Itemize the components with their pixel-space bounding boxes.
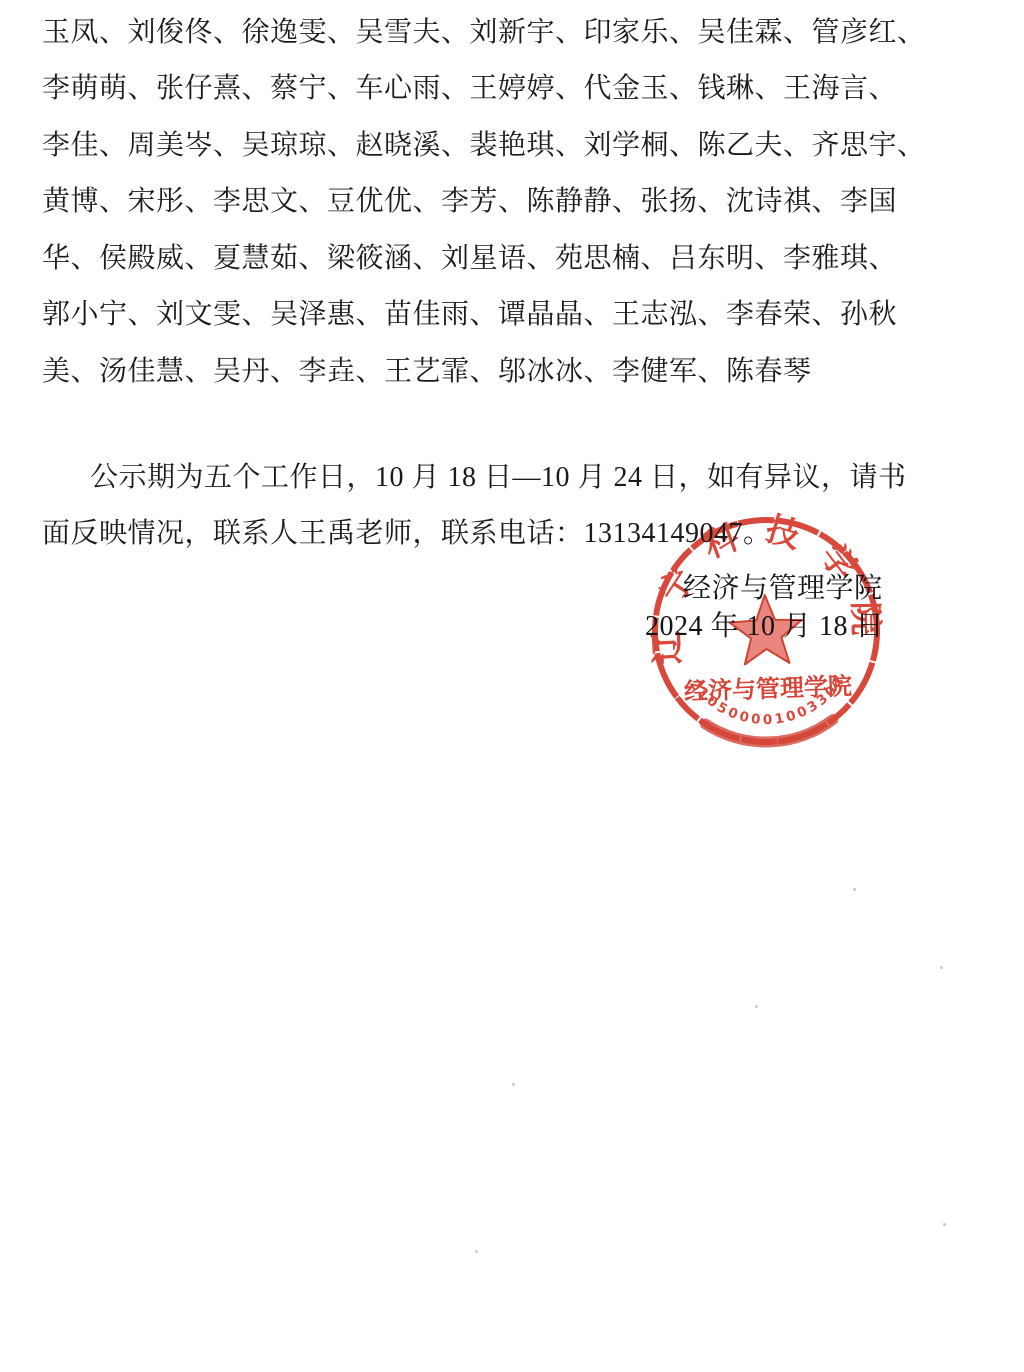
name-list-line-5: 华、侯殿威、夏慧茹、梁筱涵、刘星语、苑思楠、吕东明、李雅琪、: [42, 242, 892, 276]
scanned-notice-page: 玉凤、刘俊佟、徐逸雯、吴雪夫、刘新宇、印家乐、吴佳霖、管彦红、 李萌萌、张仔熹、…: [0, 0, 1024, 1372]
scan-speck: [940, 966, 943, 969]
name-list-line-1: 玉凤、刘俊佟、徐逸雯、吴雪夫、刘新宇、印家乐、吴佳霖、管彦红、: [42, 16, 892, 50]
name-list-line-3: 李佳、周美岑、吴琼琼、赵晓溪、裴艳琪、刘学桐、陈乙夫、齐思宇、: [42, 129, 892, 163]
scan-speck: [475, 1250, 478, 1253]
name-list-line-7: 美、汤佳慧、吴丹、李垚、王艺霏、邬冰冰、李健军、陈春琴: [42, 355, 892, 389]
scan-speck: [853, 888, 856, 891]
name-list-line-6: 郭小宁、刘文雯、吴泽惠、苗佳雨、谭晶晶、王志泓、李春荣、孙秋: [42, 298, 892, 332]
name-list-line-2: 李萌萌、张仔熹、蔡宁、车心雨、王婷婷、代金玉、钱琳、王海言、: [42, 72, 892, 106]
signature-date: 2024 年 10 月 18 日: [645, 610, 884, 644]
name-list-line-4: 黄博、宋彤、李思文、豆优优、李芳、陈静静、张扬、沈诗祺、李国: [42, 185, 892, 219]
signature-org: 经济与管理学院: [683, 572, 883, 606]
scan-speck: [755, 1005, 758, 1008]
notice-paragraph-line-1: 公示期为五个工作日，10 月 18 日—10 月 24 日，如有异议，请书: [90, 461, 950, 495]
notice-paragraph-line-2: 面反映情况，联系人王禹老师，联系电话：13134149047。: [42, 517, 902, 551]
scan-speck: [943, 1223, 946, 1226]
scan-speck: [512, 1083, 515, 1086]
